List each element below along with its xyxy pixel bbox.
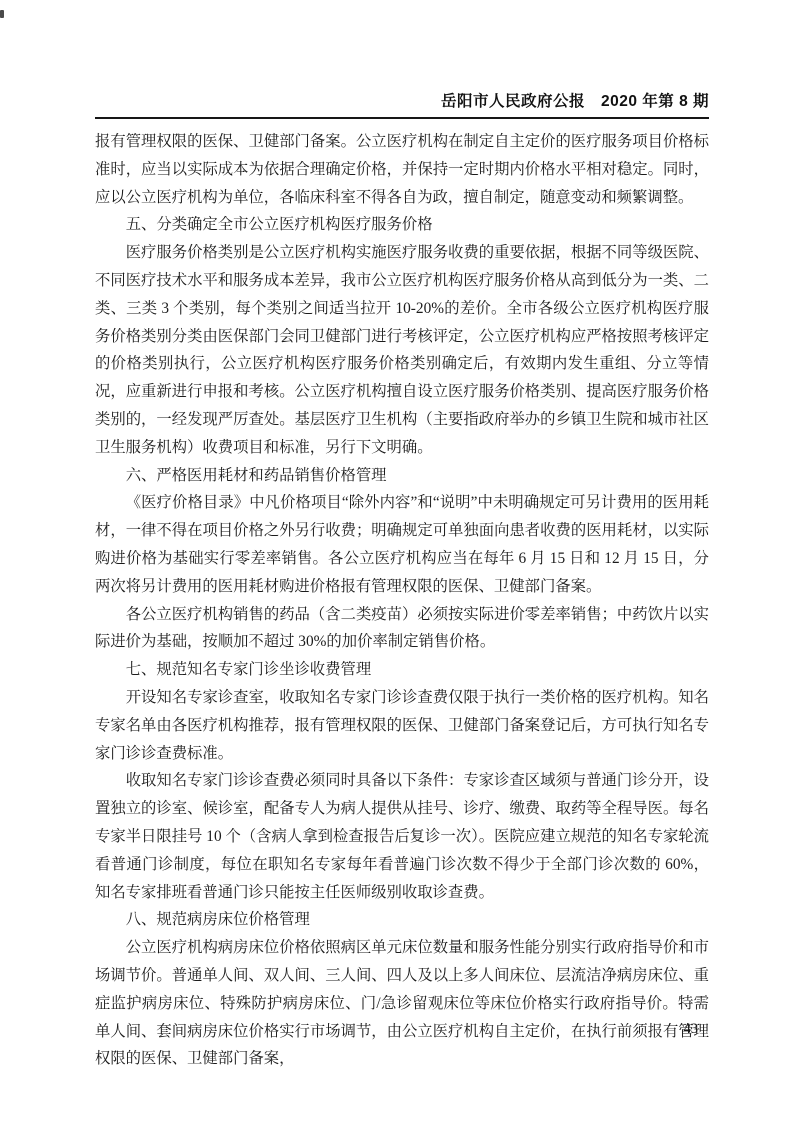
page-number: 43 — [684, 1021, 699, 1038]
section-heading-6: 六、严格医用耗材和药品销售价格管理 — [95, 462, 709, 490]
paragraph: 各公立医疗机构销售的药品（含二类疫苗）必须按实际进价零差率销售；中药饮片以实际进… — [95, 601, 709, 657]
section-heading-8: 八、规范病房床位价格管理 — [95, 906, 709, 934]
section-heading-5: 五、分类确定全市公立医疗机构医疗服务价格 — [95, 211, 709, 239]
paragraph: 开设知名专家诊查室，收取知名专家门诊诊查费仅限于执行一类价格的医疗机构。知名专家… — [95, 684, 709, 767]
document-body: 报有管理权限的医保、卫健部门备案。公立医疗机构在制定自主定价的医疗服务项目价格标… — [95, 128, 709, 1073]
running-header: 岳阳市人民政府公报 2020 年第 8 期 — [95, 89, 709, 111]
paragraph: 收取知名专家门诊诊查费必须同时具备以下条件：专家诊查区域须与普通门诊分开，设置独… — [95, 767, 709, 906]
paragraph: 医疗服务价格类别是公立医疗机构实施医疗服务收费的重要依据，根据不同等级医院、不同… — [95, 239, 709, 461]
paragraph: 《医疗价格目录》中凡价格项目“除外内容”和“说明”中未明确规定可另计费用的医用耗… — [95, 489, 709, 600]
section-heading-7: 七、规范知名专家门诊坐诊收费管理 — [95, 656, 709, 684]
paragraph: 公立医疗机构病房床位价格依照病区单元床位数量和服务性能分别实行政府指导价和市场调… — [95, 934, 709, 1073]
header-rule — [95, 117, 709, 119]
gazette-page: 岳阳市人民政府公报 2020 年第 8 期 报有管理权限的医保、卫健部门备案。公… — [0, 0, 793, 1122]
paragraph: 报有管理权限的医保、卫健部门备案。公立医疗机构在制定自主定价的医疗服务项目价格标… — [95, 128, 709, 211]
scan-artifact — [0, 10, 4, 18]
